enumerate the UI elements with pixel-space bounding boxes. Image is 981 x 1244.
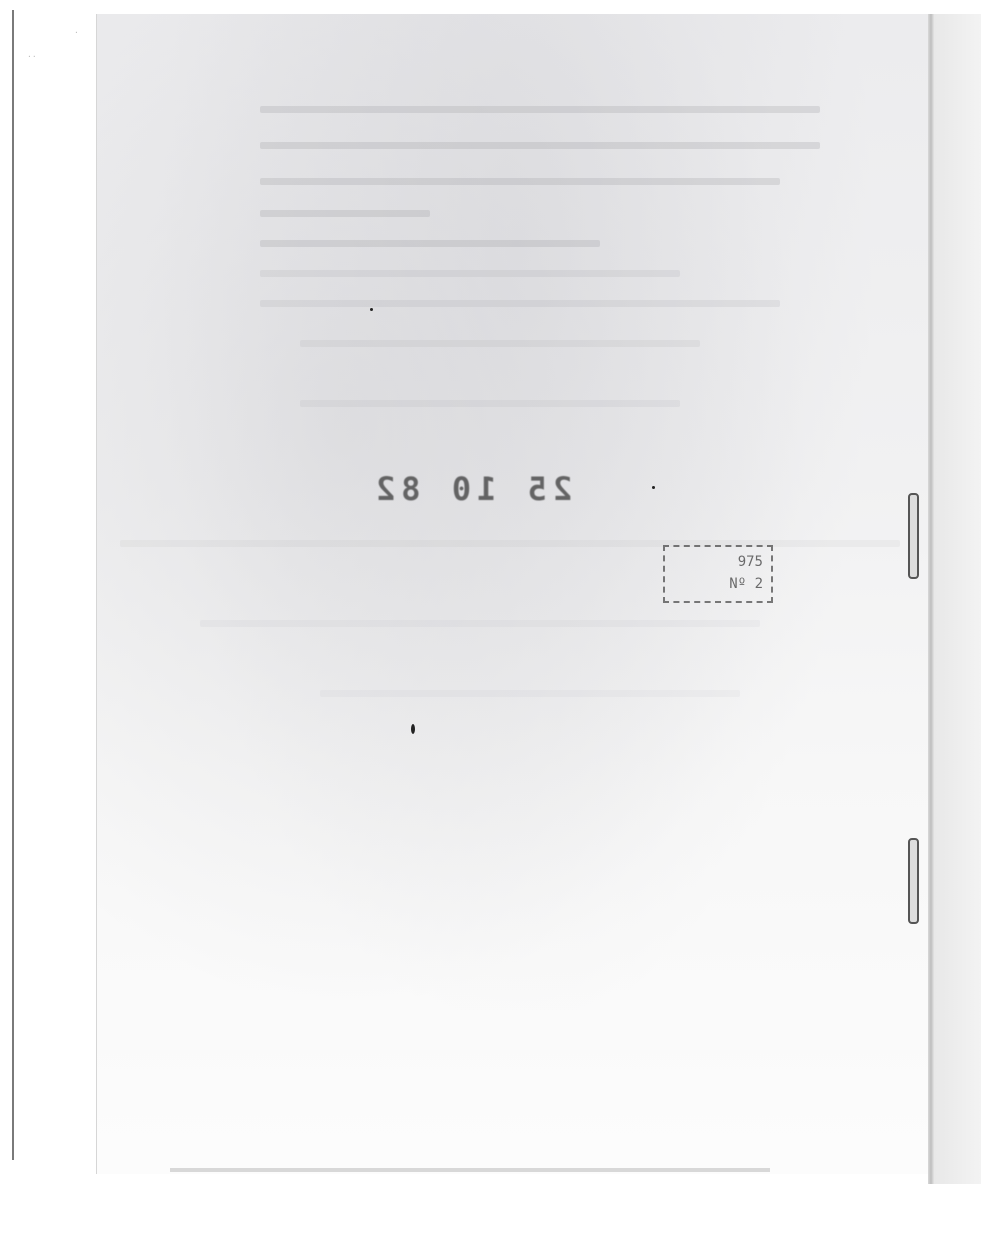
scan-speck: ·· [27, 52, 37, 61]
scanned-page [96, 14, 937, 1174]
faded-footer-text [170, 1168, 770, 1172]
registration-stamp: 975 Nº 2 [663, 545, 773, 603]
staple-top [908, 493, 919, 579]
ink-speck [652, 486, 655, 489]
ink-speck [411, 724, 415, 734]
next-page-edge [934, 14, 981, 1184]
date-stamp: 25 10 82 [370, 470, 572, 508]
staple-bottom [908, 838, 919, 924]
scan-speck: · [74, 28, 79, 37]
ink-speck [370, 308, 373, 311]
stamp-line-2: Nº 2 [673, 573, 763, 595]
stamp-line-1: 975 [673, 551, 763, 573]
page-binding-rule [12, 10, 14, 1160]
